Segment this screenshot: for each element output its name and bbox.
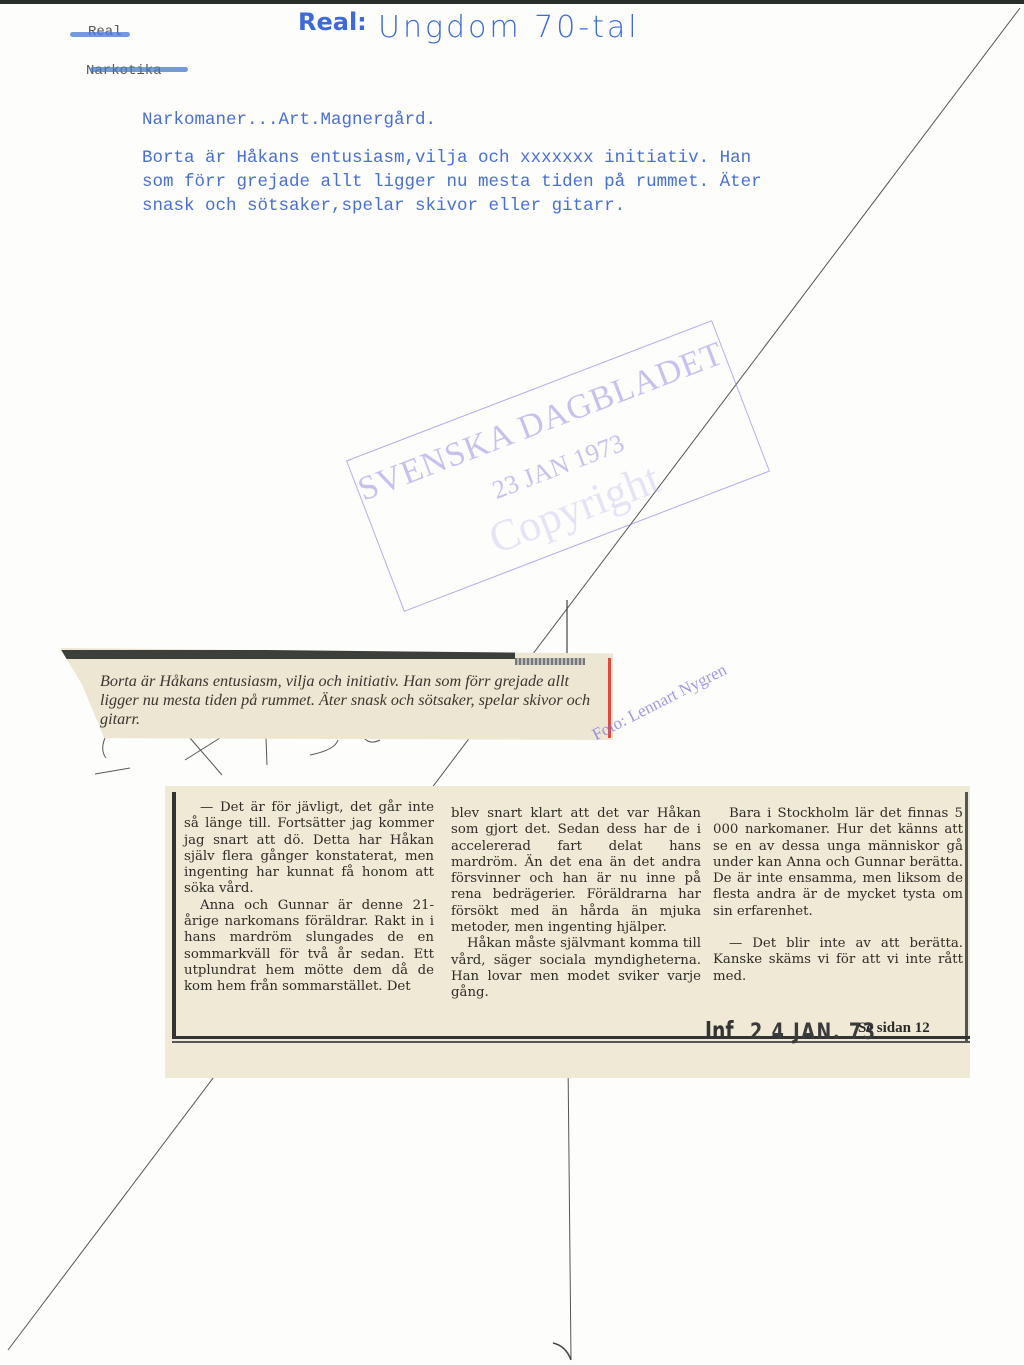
- handwritten-label: Real:: [298, 8, 367, 36]
- article-paragraph: — Det blir inte av att berätta. Kanske s…: [713, 936, 963, 985]
- typed-note-line: snask och sötsaker,spelar skivor eller g…: [142, 194, 625, 218]
- strikethrough-mark: [70, 32, 130, 37]
- article-paragraph: — Det är för jävligt, det går inte så lä…: [184, 800, 434, 898]
- article-paragraph: Håkan måste självmant komma till vård, s…: [451, 936, 701, 1001]
- article-paragraph: Anna och Gunnar är denne 21-årige narkom…: [184, 898, 434, 996]
- clipping-border-left: [172, 792, 176, 1036]
- stamp-prefix: Inf: [705, 1016, 733, 1045]
- caption-clipping: Borta är Håkans entusiasm, vilja och ini…: [60, 648, 613, 740]
- handwritten-category: Ungdom 70-tal: [378, 10, 640, 45]
- article-column-1: — Det är för jävligt, det går inte så lä…: [184, 800, 434, 996]
- archive-date-stamp: Inf 2 4 JAN. 73: [705, 1016, 743, 1045]
- typed-note-line: Borta är Håkans entusiasm,vilja och xxxx…: [142, 146, 751, 170]
- typed-note-title: Narkomaner...Art.Magnergård.: [142, 108, 436, 132]
- article-column-3: Bara i Stockholm lär det finnas 5 000 na…: [713, 806, 963, 985]
- clipping-border-right: [965, 792, 968, 1042]
- see-page-reference: Se sidan 12: [858, 1020, 930, 1037]
- article-paragraph: Bara i Stockholm lär det finnas 5 000 na…: [713, 806, 963, 920]
- article-column-2: blev snart klart att det var Håkan som g…: [451, 806, 701, 1002]
- strikethrough-mark: [90, 67, 188, 72]
- caption-text: Borta är Håkans entusiasm, vilja och ini…: [100, 672, 605, 729]
- typed-note-line: som förr grejade allt ligger nu mesta ti…: [142, 170, 762, 194]
- clipping-rule-dotted: [515, 658, 585, 665]
- article-clipping: — Det är för jävligt, det går inte så lä…: [165, 786, 970, 1078]
- article-paragraph: blev snart klart att det var Håkan som g…: [451, 806, 701, 936]
